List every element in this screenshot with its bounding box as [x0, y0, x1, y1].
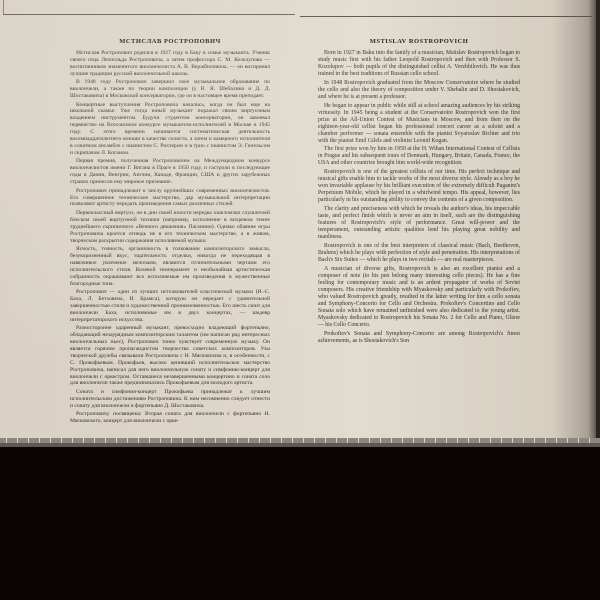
top-border-rule-right [300, 16, 592, 17]
scan-edge-strip [0, 438, 600, 447]
english-title: MSTISLAV ROSTROPOVICH [318, 38, 520, 45]
russian-paragraph: Ростропович — один из лучших истолковате… [70, 289, 270, 324]
dark-background [0, 447, 600, 600]
english-paragraph: Born in 1927 in Baku into the family of … [318, 50, 520, 78]
record-sleeve-back: МСТИСЛАВ РОСТРОПОВИЧ Мстислав Ростропови… [0, 0, 600, 438]
english-paragraph: A musician of diverse gifts, Rostropovic… [318, 266, 520, 329]
russian-paragraph: Соната и симфония-концерт Прокофьева при… [70, 389, 270, 410]
sleeve-right-edge [596, 0, 600, 438]
russian-paragraph: Ясность, точность, органичность в толков… [70, 246, 270, 287]
russian-paragraph: Разносторонне одаренный музыкант, превос… [70, 325, 270, 387]
russian-body: Мстислав Ростропович родился в 1927 году… [70, 50, 270, 427]
russian-paragraph: Первоклассный виртуоз, он в дни своей юн… [70, 210, 270, 245]
russian-paragraph: Ростроповичу посвящены: Вторая соната дл… [70, 411, 270, 425]
russian-paragraph: В 1948 году Ростропович завершил свое му… [70, 79, 270, 100]
english-paragraph: He began to appear in public while still… [318, 103, 520, 145]
russian-paragraph: Концертные выступления Ростроповича нача… [70, 102, 270, 157]
english-paragraph: Rostropovich is one of the greatest cell… [318, 169, 520, 204]
english-paragraph: The first prize won by him in 1950 at th… [318, 146, 520, 167]
english-paragraph: The clarity and preciseness with which h… [318, 206, 520, 241]
english-paragraph: Prokofiev's Sonata and Symphony-Concerto… [318, 331, 520, 345]
english-paragraph: In 1948 Rostropovich graduated from the … [318, 80, 520, 101]
english-body: Born in 1927 in Baku into the family of … [318, 50, 520, 346]
fold-line [3, 0, 4, 14]
russian-paragraph: Мстислав Ростропович родился в 1927 году… [70, 50, 270, 78]
russian-title: МСТИСЛАВ РОСТРОПОВИЧ [70, 38, 270, 45]
english-paragraph: Rostropovich is one of the best interpre… [318, 243, 520, 264]
russian-paragraph: Ростропович принадлежит к числу крупнейш… [70, 188, 270, 209]
top-border-rule-left [3, 14, 295, 15]
russian-paragraph: Первая премия, полученная Ростроповичем … [70, 158, 270, 186]
